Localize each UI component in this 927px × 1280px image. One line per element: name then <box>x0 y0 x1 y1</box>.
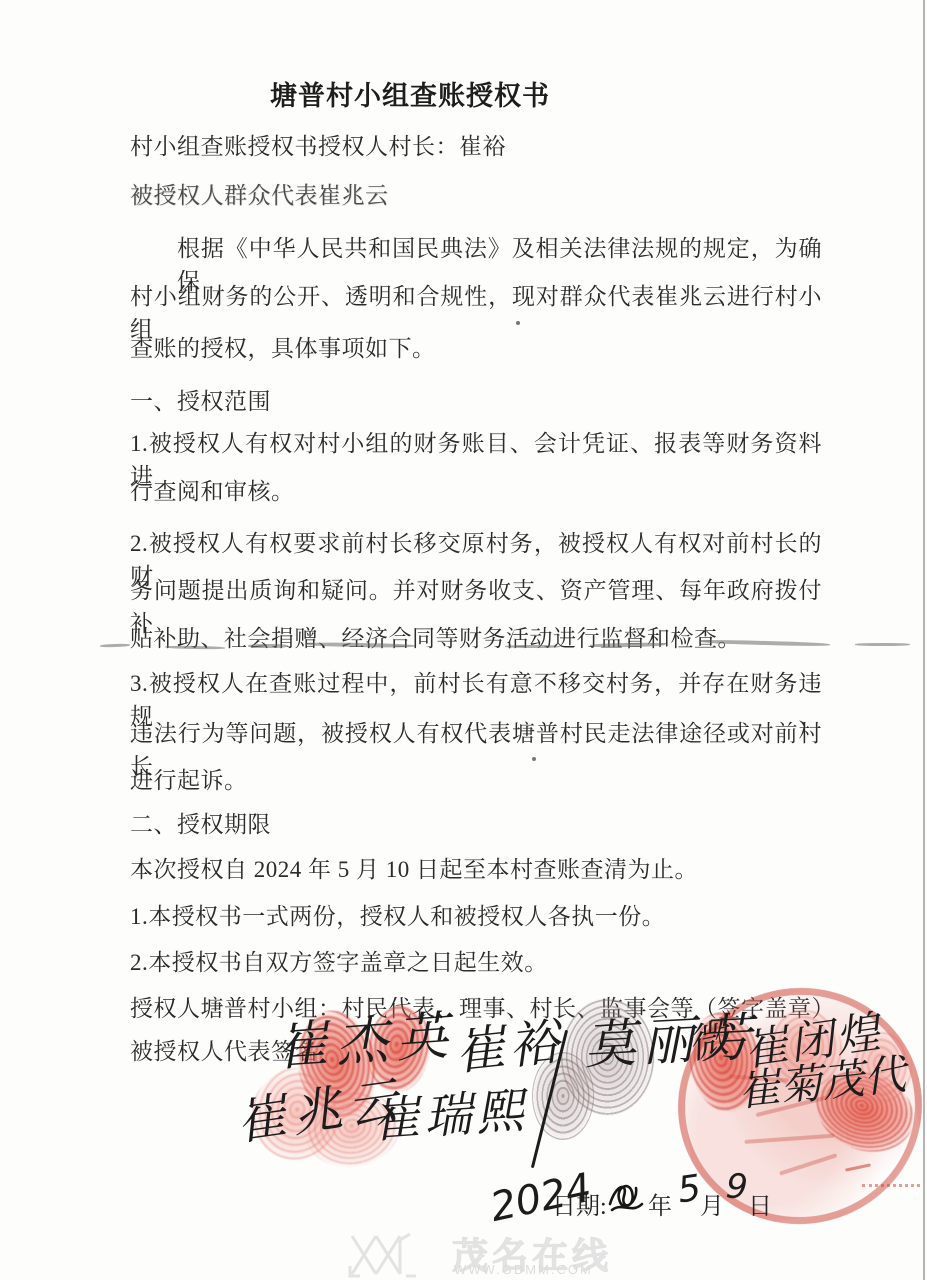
clause-3-line-3: 进行起诉。 <box>130 762 822 795</box>
signature-handwritten: 崔瑞熙 <box>371 1087 530 1146</box>
document-title: 塘普村小组查账授权书 <box>130 74 690 113</box>
handwritten-day: 9 <box>725 1169 749 1204</box>
date-label: 日期: <box>552 1186 607 1221</box>
copies-line: 1.本授权书一式两份，授权人和被授权人各执一份。 <box>130 898 822 931</box>
date-scribble <box>606 1174 646 1216</box>
date-day-unit: 日 <box>748 1186 772 1221</box>
line-authorized-person: 被授权人群众代表崔兆云 <box>130 177 822 210</box>
scanned-authorization-document: 塘普村小组查账授权书 村小组查账授权书授权人村长：崔裕 被授权人群众代表崔兆云 … <box>0 0 927 1280</box>
effective-line: 2.本授权书自双方签字盖章之日起生效。 <box>130 944 822 977</box>
clause-2-line-3: 贴补助、社会捐赠、经济合同等财务活动进行监督和检查。 <box>130 620 822 653</box>
scan-edge-line <box>923 0 925 1280</box>
section-1-heading: 一、授权范围 <box>130 383 822 416</box>
signature-handwritten: 微 <box>684 1018 731 1065</box>
term-line: 本次授权自 2024 年 5 月 10 日起至本村查账查清为止。 <box>130 851 822 884</box>
stamp-edge-dots <box>862 1184 920 1187</box>
scan-speck <box>532 757 536 761</box>
date-month-unit: 月 <box>700 1186 724 1221</box>
signature-handwritten: 莫丽芳 <box>583 1011 759 1072</box>
signature-handwritten: 崔杰英 <box>274 1010 457 1074</box>
scan-speck <box>516 321 520 325</box>
date-year-unit: 年 <box>648 1186 672 1221</box>
clause-1-line-2: 行查阅和审核。 <box>130 473 822 506</box>
watermark-logo-icon <box>348 1230 444 1280</box>
watermark-site-url: WWW.GDMM.COM <box>454 1262 593 1277</box>
section-2-heading: 二、授权期限 <box>130 806 822 839</box>
paragraph-basis-3: 查账的授权，具体事项如下。 <box>130 330 822 363</box>
signature-handwritten: 崔裕 <box>453 1016 566 1077</box>
line-authorizer: 村小组查账授权书授权人村长：崔裕 <box>130 128 822 161</box>
